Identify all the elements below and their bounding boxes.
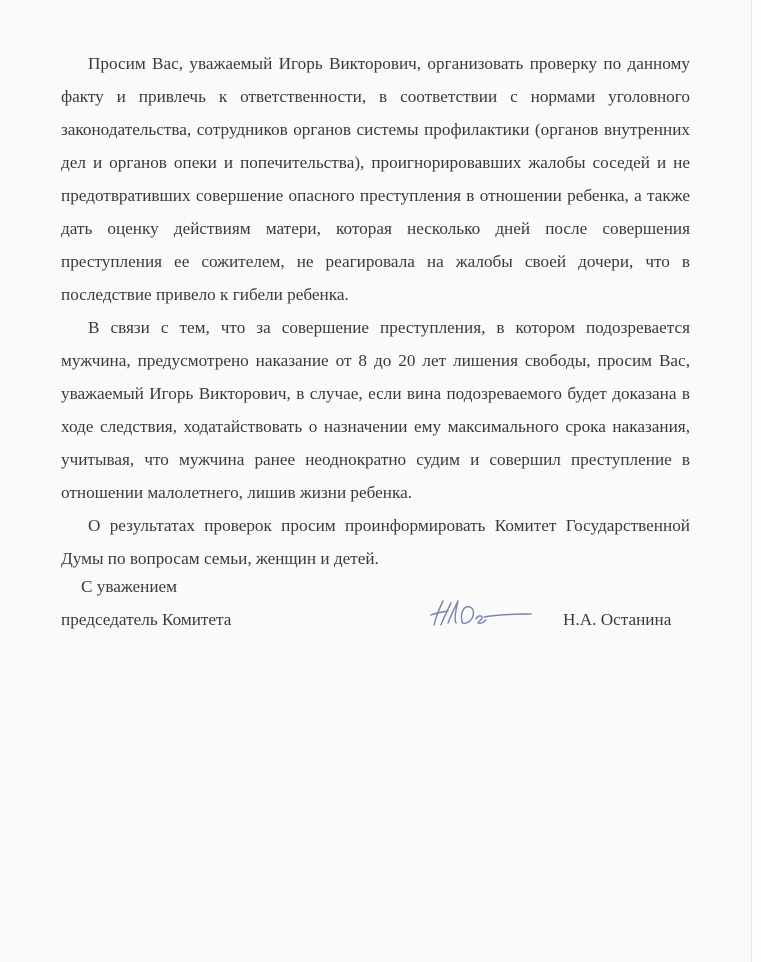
letter-closing: С уважением председатель Комитета Н.А. О… [61,570,701,636]
paragraph-inform-committee: О результатах проверок просим проинформи… [61,509,690,575]
letter-body: Просим Вас, уважаемый Игорь Викторович, … [61,47,690,575]
paragraph-request-inspection: Просим Вас, уважаемый Игорь Викторович, … [61,47,690,311]
page-gutter [752,0,761,962]
paragraph-maximum-sentence: В связи с тем, что за совершение преступ… [61,311,690,509]
signer-name: Н.А. Останина [563,603,671,636]
signer-position: председатель Комитета [61,603,231,636]
signature-icon [426,595,536,635]
signature-row: председатель Комитета Н.А. Останина [61,603,701,636]
document-page: Просим Вас, уважаемый Игорь Викторович, … [0,0,752,962]
closing-greeting: С уважением [61,570,701,603]
